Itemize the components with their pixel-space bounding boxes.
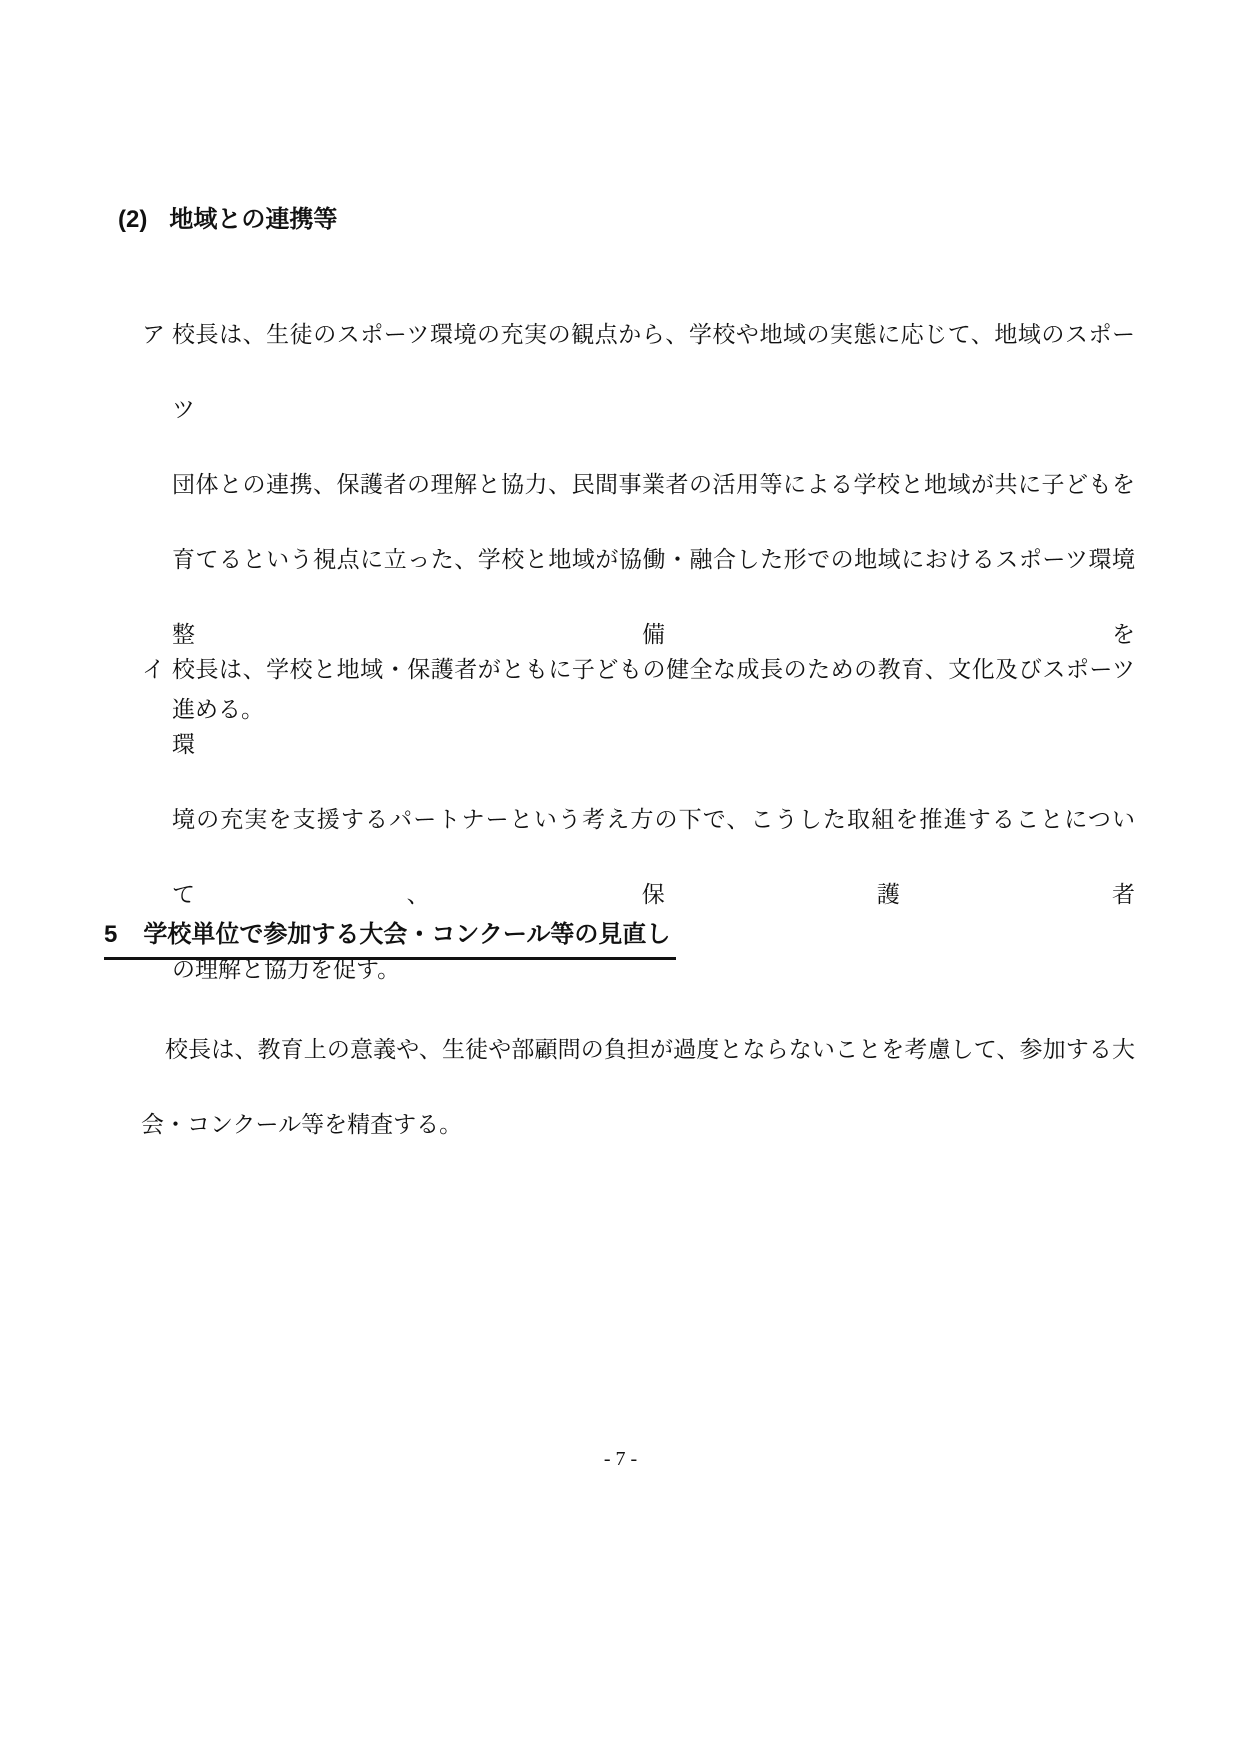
paragraph-item-b-label: イ bbox=[142, 632, 165, 707]
section-2-heading-title: 地域との連携等 bbox=[169, 206, 337, 233]
section-2-heading-number: (2) bbox=[118, 206, 147, 233]
section-5-paragraph: 校長は、教育上の意義や、生徒や部顧問の負担が過度とならないことを考慮して、参加す… bbox=[141, 1012, 1135, 1162]
paragraph-item-a-label: ア bbox=[142, 297, 165, 372]
text-line: 校長は、教育上の意義や、生徒や部顧問の負担が過度とならないことを考慮して、参加す… bbox=[141, 1012, 1135, 1087]
section-5-heading: 5学校単位で参加する大会・コンクール等の見直し bbox=[104, 918, 676, 960]
page-number: - 7 - bbox=[0, 1448, 1241, 1471]
section-5-heading-number: 5 bbox=[104, 921, 117, 948]
text-line: 校長は、学校と地域・保護者がともに子どもの健全な成長のための教育、文化及びスポー… bbox=[172, 632, 1135, 782]
section-5-heading-title: 学校単位で参加する大会・コンクール等の見直し bbox=[143, 921, 670, 948]
text-line: 団体との連携、保護者の理解と協力、民間事業者の活用等による学校と地域が共に子ども… bbox=[172, 447, 1135, 522]
section-2-heading: (2)地域との連携等 bbox=[118, 203, 337, 237]
text-line: 校長は、生徒のスポーツ環境の充実の観点から、学校や地域の実態に応じて、地域のスポ… bbox=[172, 297, 1135, 447]
section-5-heading-underline: 5学校単位で参加する大会・コンクール等の見直し bbox=[104, 918, 676, 960]
document-page: (2)地域との連携等 ア 校長は、生徒のスポーツ環境の充実の観点から、学校や地域… bbox=[0, 0, 1241, 1755]
text-line: 会・コンクール等を精査する。 bbox=[141, 1087, 1135, 1162]
text-line: 境の充実を支援するパートナーという考え方の下で、こうした取組を推進することについ… bbox=[172, 782, 1135, 932]
